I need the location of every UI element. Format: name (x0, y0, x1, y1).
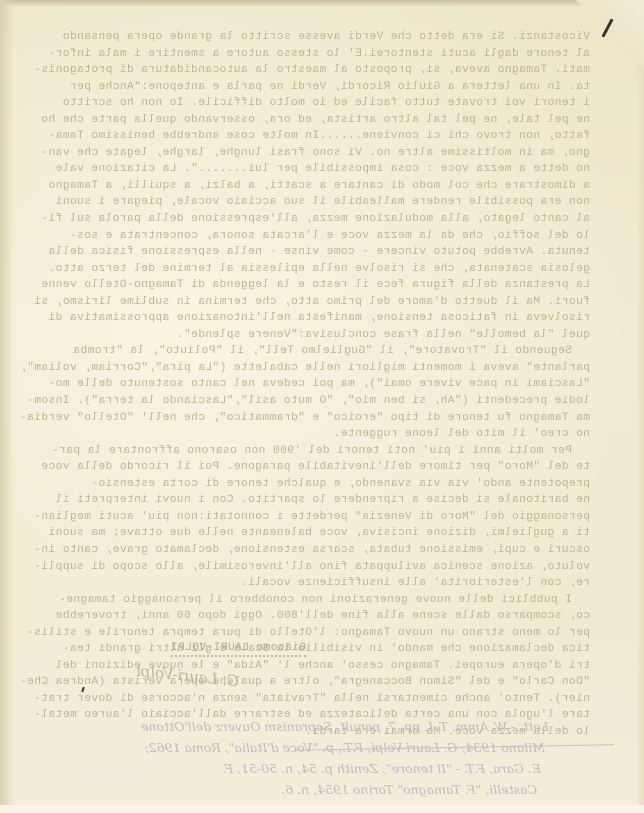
typed-line: co, scomparso dalle scene alla fine dell… (80, 608, 590, 625)
typed-line: voluto, azione scenica aviluppata fino a… (80, 559, 590, 576)
typed-line: oscuri e cupi, emissione tubata, scarsa … (80, 542, 590, 559)
typed-line: non era possibile rendere malleabile il … (80, 194, 590, 211)
handwritten-note-line: Lett. - W. Amm. T. I, pp. 7, penult. Sap… (49, 716, 549, 737)
typed-line: tica declamazione che mando' in visibili… (80, 641, 590, 658)
typed-line: nier). Tento' anche cimentarsi nella "Tr… (80, 691, 590, 708)
typed-line: lo del soffio, che da la mezza voce e l'… (80, 228, 590, 245)
typed-line: gno, ma in moltissime altre no. Vi sono … (80, 145, 590, 162)
typed-line: no creo' il mito del leone ruggente. (80, 426, 590, 443)
typed-line: mati. Tamagno aveva, si, proposto al mae… (80, 62, 590, 79)
typed-line: ne pel tale, ne pel tal altro artista, e… (80, 112, 590, 129)
typed-line: al tenore dagli acuti stentorei.E' lo st… (80, 46, 590, 63)
typed-line: parlante" aveva i momenti migliori nelle… (80, 360, 590, 377)
handwritten-note-line: E. Gara, F.T. - "Il tenore", Zenith p. 5… (49, 758, 549, 779)
paper-bottom-edge (0, 805, 644, 813)
handwritten-bibliography-notes: Lett. - W. Amm. T. I, pp. 7, penult. Sap… (49, 716, 549, 800)
typed-line: tenuta. Avrebbe potuto vincere - come vi… (80, 244, 590, 261)
typed-line: fuori. Ma il duetto d'amore del primo at… (80, 294, 590, 311)
typed-signature: Giacomo LAURI-VOLPI (171, 642, 306, 657)
typed-line: i tenori voi trovate tutto facile ed io … (80, 95, 590, 112)
typed-line: lodie precedenti ("Ah, si ben mio", "O m… (80, 393, 590, 410)
typed-line: ti a guglielmi, dizione incisiva, voce b… (80, 525, 590, 542)
typed-line: Vicostanzi. Si era detto che Verdi avess… (80, 29, 590, 46)
typed-text-block: Vicostanzi. Si era detto che Verdi avess… (80, 29, 590, 741)
document-page: Vicostanzi. Si era detto che Verdi avess… (0, 0, 644, 813)
typed-line: no dette a mezza voce : cosa impossibile… (80, 161, 590, 178)
typed-line: gelosia scatenata, che si risolve nella … (80, 261, 590, 278)
typed-line: al canto legato, alla modulazione mezza,… (80, 211, 590, 228)
typed-line: per lo meno strano un nuovo Tamagno: l'O… (80, 625, 590, 642)
typed-line: quel "la bemolle" nella frase conclusiva… (80, 327, 590, 344)
typed-line: Per molti anni i piu' noti tenori del '9… (80, 443, 590, 460)
mirrored-bleed-through: Vicostanzi. Si era detto che Verdi avess… (0, 0, 644, 813)
typed-line: ta. In una lettera a Giulio Ricordi, Ver… (80, 79, 590, 96)
typed-line: a dimostrare che col modo di cantare a s… (80, 178, 590, 195)
typed-line: "Lasciami in pace vivere omai"), ma poi … (80, 376, 590, 393)
typed-line: te del "Moro" per timore dell'inevitabil… (80, 459, 590, 476)
typed-line: re, con l'esteriorita' alle insufficienz… (80, 575, 590, 592)
typed-line: La prestanza della figura fece il resto … (80, 277, 590, 294)
typed-line: ma Tamagno fu tenore di tipo "eroico" e … (80, 410, 590, 427)
handwritten-note-line: Castelli, "F. Tamagno" Torino 1954, n. 6… (49, 779, 549, 800)
typed-line: risolveva in faticosa tensione, manifest… (80, 310, 590, 327)
typed-line: prepotente ando' via via svanendo, e qua… (80, 476, 590, 493)
typed-line: fatto, non trovo chi ci conviene......In… (80, 128, 590, 145)
typed-line: personaggio del "Moro di Venezia" perdet… (80, 509, 590, 526)
typed-line: Seguendo il "Trovatore", il "Guglielmo T… (80, 343, 590, 360)
typed-line: ne baritonale si decise a riprendere lo … (80, 492, 590, 509)
typed-line: I pubblici delle nuove generazioni non c… (80, 592, 590, 609)
